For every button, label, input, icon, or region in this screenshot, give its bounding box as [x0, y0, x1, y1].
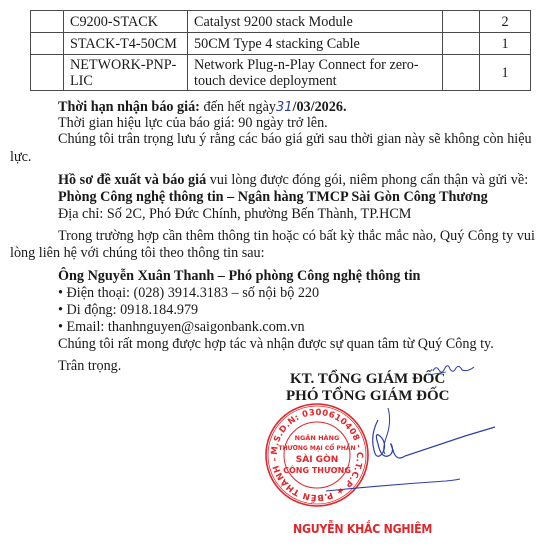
regards: Trân trọng.: [58, 358, 121, 374]
product-table: C9200-STACK Catalyst 9200 stack Module 2…: [30, 10, 531, 91]
cell-description: 50CM Type 4 stacking Cable: [188, 33, 443, 55]
stamp-line-4: CÔNG THƯƠNG: [283, 464, 351, 475]
contact-email: • Email: thanhnguyen@saigonbank.com.vn: [58, 319, 305, 335]
contact-name: Ông Nguyễn Xuân Thanh – Phó phòng Công n…: [58, 268, 420, 284]
table-row: C9200-STACK Catalyst 9200 stack Module 2: [31, 11, 531, 33]
closing: Chúng tôi rất mong được hợp tác và nhận …: [58, 336, 494, 352]
cell-qty: 2: [480, 11, 531, 33]
stamp-line-2: THƯƠNG MẠI CỔ PHẦN: [278, 443, 355, 452]
table-row: NETWORK-PNP-LIC Network Plug-n-Play Conn…: [31, 55, 531, 91]
submission-label: Hồ sơ đề xuất và báo giá: [58, 172, 206, 188]
recipient: Phòng Công nghệ thông tin – Ngân hàng TM…: [58, 189, 488, 205]
cell-qty: 1: [480, 55, 531, 91]
cell-description: Network Plug-n-Play Connect for zero-tou…: [188, 55, 443, 91]
submission-line: Hồ sơ đề xuất và báo giá vui lòng được đ…: [58, 172, 528, 188]
cell-description: Catalyst 9200 stack Module: [188, 11, 443, 33]
code-line: NETWORK-PNP-: [70, 57, 176, 73]
cell-no: [31, 33, 64, 55]
cell-unit: [443, 55, 480, 91]
bullet-icon: •: [58, 285, 67, 301]
deadline-text: đến hết ngày: [200, 99, 276, 115]
cell-code: STACK-T4-50CM: [64, 33, 188, 55]
submission-text: vui lòng được đóng gói, niêm phong cẩn t…: [206, 172, 528, 188]
company-stamp: M.S.D.N: 0300610408 - C.T.C.P ★ P.BẾN TH…: [262, 400, 372, 510]
email-link[interactable]: thanhnguyen@saigonbank.com.vn: [108, 319, 305, 335]
signer-name: NGUYỄN KHẮC NGHIÊM: [293, 521, 432, 536]
phone-text: Điện thoại: (028) 3914.3183 – số nội bộ …: [67, 285, 320, 301]
bullet-icon: •: [58, 319, 67, 335]
cell-unit: [443, 33, 480, 55]
code-line: LIC: [70, 73, 93, 89]
stamp-line-1: NGÂN HÀNG: [295, 433, 340, 442]
cell-code: C9200-STACK: [64, 11, 188, 33]
bullet-icon: •: [58, 302, 67, 318]
signature-title-1: KT. TỔNG GIÁM ĐỐC: [290, 371, 445, 388]
contact-phone: • Điện thoại: (028) 3914.3183 – số nội b…: [58, 285, 319, 301]
contact-mobile: • Di động: 0918.184.979: [58, 302, 198, 318]
contact-intro-continued: lòng liên hệ với chúng tôi theo thông ti…: [10, 245, 265, 261]
description-line: touch device deployment: [194, 73, 337, 89]
note-line-continued: lực.: [10, 149, 31, 165]
cell-no: [31, 11, 64, 33]
deadline-day-handwritten: 31: [276, 100, 293, 115]
cell-qty: 1: [480, 33, 531, 55]
table-row: STACK-T4-50CM 50CM Type 4 stacking Cable…: [31, 33, 531, 55]
validity-line: Thời gian hiệu lực của báo giá: 90 ngày …: [58, 115, 328, 131]
mobile-text: Di động: 0918.184.979: [67, 302, 199, 318]
deadline-line: Thời hạn nhận báo giá: đến hết ngày31/03…: [58, 99, 347, 116]
cell-code: NETWORK-PNP-LIC: [64, 55, 188, 91]
note-line: Chúng tôi trân trọng lưu ý rằng các báo …: [58, 131, 532, 147]
email-label: Email:: [67, 319, 108, 335]
cell-no: [31, 55, 64, 91]
cell-unit: [443, 11, 480, 33]
description-line: Network Plug-n-Play Connect for zero-: [194, 57, 419, 73]
address: Địa chỉ: Số 2C, Phó Đức Chính, phường Bế…: [58, 206, 411, 222]
stamp-line-3: SÀI GÒN: [296, 453, 339, 465]
deadline-date: /03/2026.: [293, 99, 347, 115]
contact-intro: Trong trường hợp cần thêm thông tin hoặc…: [58, 228, 535, 244]
deadline-label: Thời hạn nhận báo giá:: [58, 99, 200, 115]
